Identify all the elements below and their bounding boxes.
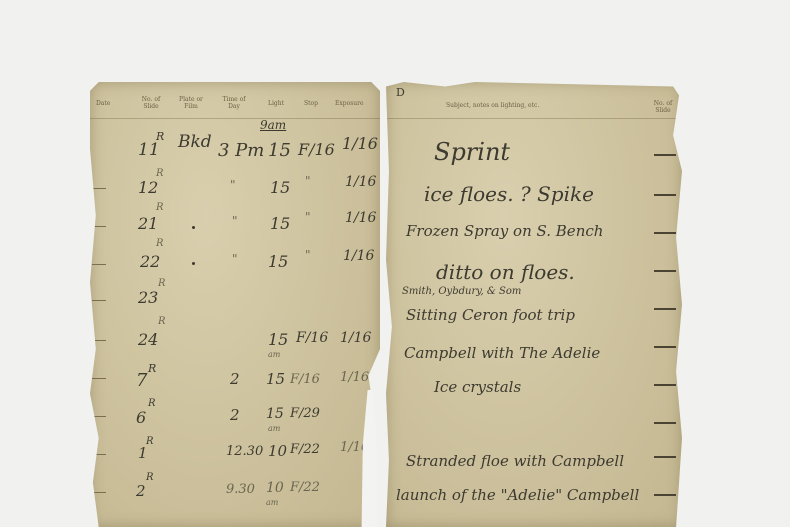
margin-tick <box>654 308 676 310</box>
ditto-mark: " <box>305 174 311 188</box>
column-header-stop: Stop <box>304 100 318 107</box>
slide-number: 7 <box>136 370 147 391</box>
margin-tick <box>654 232 676 234</box>
exposure-value: 1/16 <box>343 248 374 264</box>
slide-suffix: R <box>148 398 156 409</box>
margin-tick <box>92 378 106 379</box>
stop-value: F/22 <box>290 480 320 495</box>
left-notebook-page: Date No. of Slide Plate or Film Time of … <box>90 82 380 527</box>
slide-suffix: R <box>146 436 154 447</box>
ditto-mark: " <box>305 248 311 262</box>
stop-value: F/16 <box>298 140 335 159</box>
column-header-time-of-day: Time of Day <box>222 96 246 110</box>
light-value: 10 <box>266 480 284 496</box>
note-line-2: ice floes. ? Spike <box>424 182 594 206</box>
slide-suffix: R <box>158 278 166 289</box>
exposure-value: 1/16 <box>342 134 378 153</box>
ditto-mark: " <box>230 178 236 192</box>
time-value: 2 <box>230 406 240 424</box>
note-line-6: Sitting Ceron foot trip <box>406 306 575 324</box>
column-header-light: Light <box>268 100 284 107</box>
small-note-am: am <box>268 350 280 359</box>
note-line-10: launch of the "Adelie" Campbell <box>396 486 639 504</box>
light-value: 15 <box>266 406 284 422</box>
slide-number: 11 <box>138 140 160 160</box>
note-line-9: Stranded floe with Campbell <box>406 452 624 470</box>
time-value: 9.30 <box>226 482 255 497</box>
slide-suffix: R <box>156 238 164 249</box>
note-line-3: Frozen Spray on S. Bench <box>406 222 603 240</box>
light-value: 15 <box>268 140 291 161</box>
column-header-slide-no: No. of Slide <box>651 100 675 114</box>
margin-tick <box>92 416 106 417</box>
ditto-mark: " <box>232 252 238 266</box>
exposure-value: 1/16 <box>345 210 376 226</box>
light-value: 15 <box>268 330 288 349</box>
ditto-mark: " <box>232 214 238 228</box>
exposure-value: 1/16 <box>345 174 376 190</box>
header-rule <box>386 118 682 119</box>
slide-number: 2 <box>136 482 146 500</box>
column-header-exposure: Exposure <box>335 100 364 107</box>
light-value: 15 <box>268 252 288 271</box>
margin-tick <box>92 492 106 493</box>
right-notebook-page: D Subject, notes on lighting, etc. No. o… <box>386 82 682 527</box>
small-note-am: am <box>266 498 278 507</box>
column-header-subject: Subject, notes on lighting, etc. <box>446 102 539 109</box>
page-mark: D <box>396 86 405 99</box>
margin-tick <box>654 270 676 272</box>
note-line-7: Campbell with The Adelie <box>404 344 600 362</box>
column-header-date: Date <box>96 100 110 107</box>
light-value: 10 <box>268 442 287 460</box>
time-value: 3 Pm <box>218 140 264 161</box>
slide-suffix: R <box>156 168 164 179</box>
slide-suffix: R <box>148 362 156 375</box>
light-value: 15 <box>270 178 290 197</box>
margin-tick <box>654 384 676 386</box>
slide-number: 23 <box>138 288 158 307</box>
slide-number: 6 <box>136 408 146 427</box>
exposure-value: 1/16 <box>340 330 371 346</box>
light-value: 15 <box>266 370 285 388</box>
slide-suffix: R <box>156 202 164 213</box>
ditto-dot <box>192 226 195 229</box>
margin-tick <box>92 264 106 265</box>
note-line-1: Sprint <box>434 138 510 166</box>
margin-tick <box>654 346 676 348</box>
column-header-slide-no: No. of Slide <box>138 96 164 110</box>
margin-tick <box>92 300 106 301</box>
stop-value: F/16 <box>290 372 320 387</box>
margin-tick <box>92 454 106 455</box>
margin-tick <box>654 194 676 196</box>
small-note-am: am <box>268 424 280 433</box>
ditto-mark: " <box>305 210 311 224</box>
light-value: 15 <box>270 214 290 233</box>
time-value: 2 <box>230 370 240 388</box>
slide-suffix: R <box>158 316 166 327</box>
handwritten-note-9am: 9am <box>260 118 286 132</box>
note-line-4: ditto on floes. <box>436 260 575 284</box>
margin-tick <box>654 494 676 496</box>
note-line-5: Smith, Oybdury, & Som <box>402 286 521 297</box>
header-rule <box>90 118 380 119</box>
time-value: 12.30 <box>226 444 263 459</box>
exposure-value: 1/16 <box>340 370 369 385</box>
stop-value: F/16 <box>296 330 328 346</box>
slide-number: 24 <box>138 330 158 349</box>
stop-value: F/22 <box>290 442 320 457</box>
slide-suffix: R <box>146 472 154 483</box>
margin-tick <box>92 340 106 341</box>
margin-tick <box>92 226 106 227</box>
margin-tick <box>654 154 676 156</box>
slide-number: 12 <box>138 178 158 197</box>
column-header-plate-or-film: Plate or Film <box>178 96 204 110</box>
slide-number: 22 <box>140 252 160 271</box>
ditto-dot <box>192 262 195 265</box>
plate-value: Bkd <box>178 132 212 152</box>
margin-tick <box>654 422 676 424</box>
stop-value: F/29 <box>290 406 320 421</box>
slide-suffix: R <box>156 130 164 143</box>
slide-number: 21 <box>138 214 158 233</box>
margin-tick <box>654 456 676 458</box>
margin-tick <box>92 188 106 189</box>
note-line-8: Ice crystals <box>434 378 521 396</box>
